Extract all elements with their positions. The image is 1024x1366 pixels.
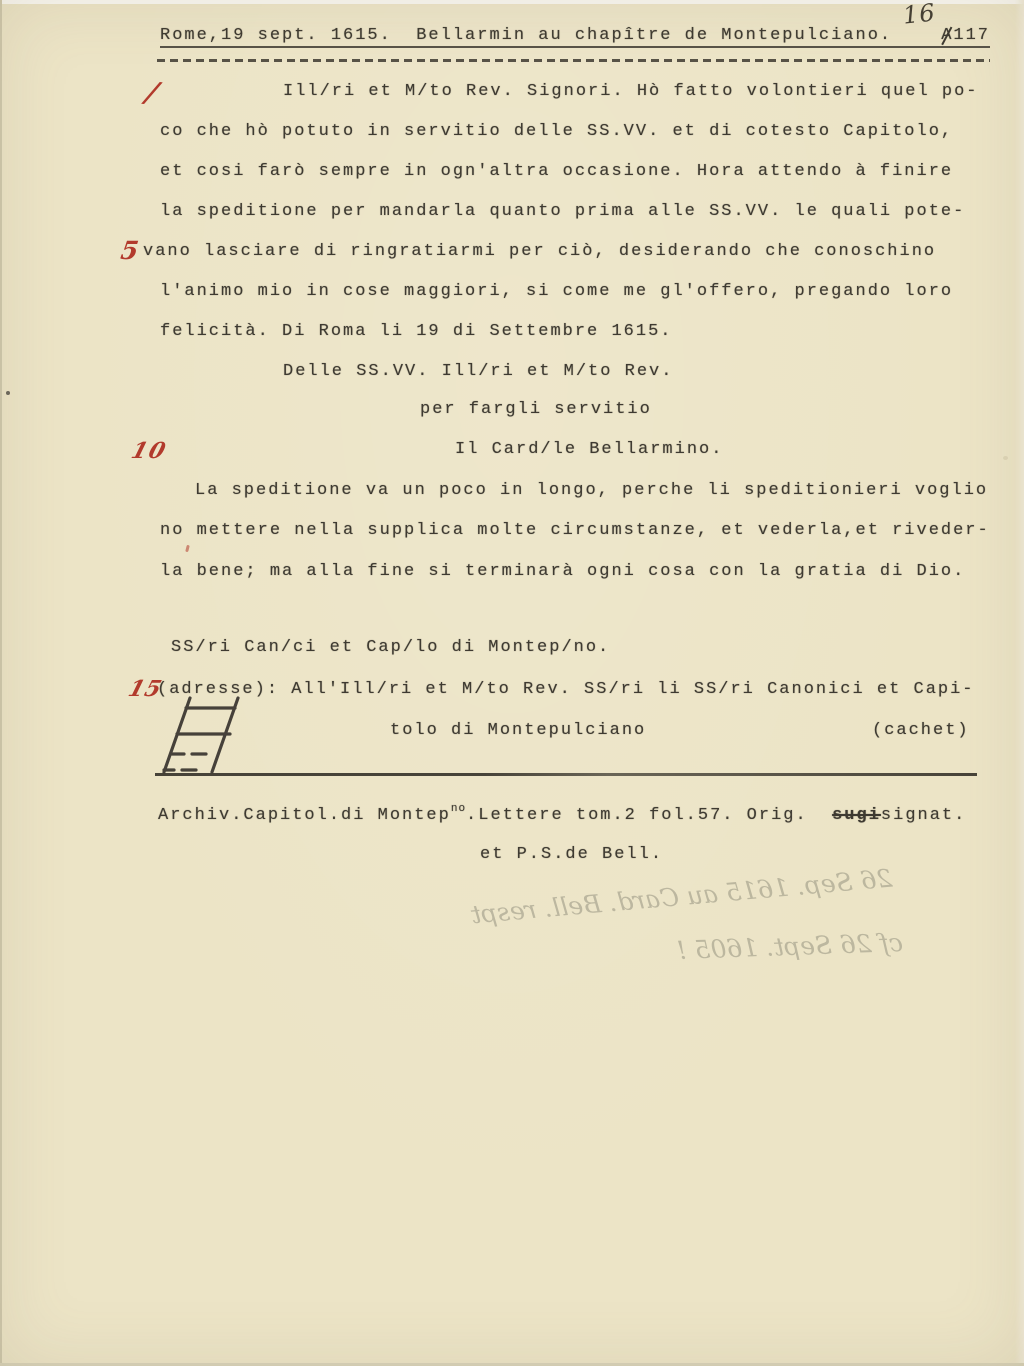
- folio-struck-letter: A: [941, 26, 953, 45]
- bleedthrough-note-2: cf 26 Sept. 1605 !: [676, 928, 903, 965]
- cachet-label: (cachet): [872, 721, 970, 740]
- ladder-sketch-icon: [150, 694, 250, 778]
- typed-line: Ill/ri et M/to Rev. Signori. Hò fatto vo…: [283, 82, 979, 101]
- header-row: Rome,19 sept. 1615. Bellarmin au chapîtr…: [160, 26, 990, 48]
- margin-number-10: 10: [128, 438, 170, 464]
- margin-number-1: /: [142, 76, 162, 110]
- folio-group: A117: [941, 26, 990, 45]
- scan-edge-left: [0, 0, 2, 1366]
- typed-line: la speditione per mandarla quanto prima …: [160, 202, 965, 221]
- handwritten-folio-number: 16: [902, 0, 937, 30]
- archive-ps-line: et P.S.de Bell.: [480, 845, 663, 864]
- header-dashed-underline: [157, 59, 990, 62]
- typed-line: et cosi farò sempre in ogn'altra occasio…: [160, 162, 953, 181]
- typed-line: no mettere nella supplica molte circumst…: [160, 521, 990, 540]
- margin-number-5: 5: [119, 236, 140, 265]
- typed-line: co che hò potuto in servitio delle SS.VV…: [160, 122, 953, 141]
- archive-struck-text: sugi: [832, 806, 881, 825]
- typed-line: La speditione va un poco in longo, perch…: [195, 481, 988, 500]
- archive-reference: Archiv.Capitol.di Montepno.Lettere tom.2…: [158, 806, 966, 825]
- archive-part2: .Lettere tom.2 fol.57. Orig.: [466, 806, 832, 825]
- archive-part3: signat.: [881, 806, 966, 825]
- typed-line-signature: Il Card/le Bellarmino.: [455, 440, 723, 459]
- typed-line: Delle SS.VV. Ill/ri et M/to Rev.: [283, 362, 673, 381]
- divider-rule: [155, 773, 977, 776]
- typed-line: vano lasciare di ringratiarmi per ciò, d…: [143, 242, 936, 261]
- header-title: Rome,19 sept. 1615. Bellarmin au chapîtr…: [160, 26, 892, 45]
- bleedthrough-notes: 26 Sep. 1615 au Card. Bell. respt cf 26 …: [295, 878, 905, 1003]
- archive-superscript: no: [451, 803, 466, 815]
- scanned-letter-page: { "header": { "title": "Rome,19 sept. 16…: [0, 0, 1024, 1366]
- typed-line: per fargli servitio: [420, 400, 652, 419]
- typed-line: l'animo mio in cose maggiori, si come me…: [160, 282, 953, 301]
- typed-line: la bene; ma alla fine si terminarà ogni …: [160, 562, 965, 581]
- folio-number: 117: [953, 26, 990, 45]
- paper-speck: [1003, 456, 1008, 460]
- typed-line: felicità. Di Roma li 19 di Settembre 161…: [160, 322, 672, 341]
- red-ink-speck: [185, 545, 190, 553]
- archive-part1: Archiv.Capitol.di Montep: [158, 806, 451, 825]
- scan-edge-right: [1015, 0, 1024, 1366]
- typed-line: SS/ri Can/ci et Cap/lo di Montep/no.: [171, 638, 610, 657]
- scan-edge-top: [0, 0, 1024, 4]
- paper-speck: [6, 391, 10, 395]
- typed-line-address: (adresse): All'Ill/ri et M/to Rev. SS/ri…: [157, 680, 975, 699]
- typed-line-address: tolo di Montepulciano: [390, 721, 646, 740]
- bleedthrough-note-1: 26 Sep. 1615 au Card. Bell. respt: [470, 864, 894, 930]
